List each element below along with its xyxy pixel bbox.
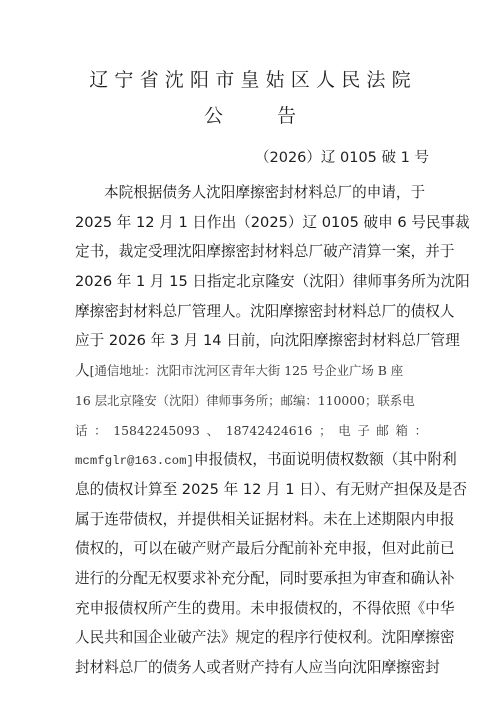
body-line-13: 债权的，可以在破产财产最后分配前补充申报，但对此前已 [75,534,427,564]
body-line-7: 人[通信地址：沈阳市沈河区青年大街 125 号企业广场 B 座 [75,356,427,386]
mailing-address: [通信地址：沈阳市沈河区青年大街 125 号企业广场 B 座 [90,363,404,378]
body-line-16: 人民共和国企业破产法》规定的程序行使权利。沈阳摩擦密 [75,623,427,653]
email-address: mcmfglr@163.com] [75,454,194,468]
notice-heading-char-1: 公 [204,102,223,130]
document-page: 辽宁省沈阳市皇姑区人民法院 公告 （2026）辽 0105 破 1 号 本院根据… [0,0,500,707]
body-line-8: 16 层北京隆安（沈阳）律师事务所；邮编：110000；联系电 [75,386,427,416]
body-line-6: 应于 2026 年 3 月 14 日前，向沈阳摩擦密封材料总厂管理 [75,326,427,356]
body-line-15: 充申报债权所产生的费用。未申报债权的，不得依照《中华 [75,594,427,624]
body-line-10-rest: 申报债权，书面说明债权数额（其中附利 [194,451,457,468]
phone-separator: 、 [207,416,219,446]
phone-number-1: 15842245093 [113,416,200,446]
notice-body: 本院根据债务人沈阳摩擦密封材料总厂的申请，于 2025 年 12 月 1 日作出… [75,178,427,683]
court-name-heading: 辽宁省沈阳市皇姑区人民法院 [0,66,500,94]
email-label-char-4: 箱 [396,416,408,446]
body-line-12: 属于连带债权，并提供相关证据材料。未在上述期限内申报 [75,505,427,535]
phone-end-semicolon: ； [319,416,331,446]
phone-label-1: 话 [75,416,87,446]
body-line-14: 进行的分配无权要求补充分配，同时要承担为审查和确认补 [75,564,427,594]
phone-colon: ： [94,416,106,446]
body-line-5: 摩擦密封材料总厂管理人。沈阳摩擦密封材料总厂的债权人 [75,297,427,327]
body-line-3: 定书，裁定受理沈阳摩擦密封材料总厂破产清算一案，并于 [75,237,427,267]
email-label-char-1: 电 [338,416,350,446]
case-number: （2026）辽 0105 破 1 号 [255,147,429,169]
body-line-1: 本院根据债务人沈阳摩擦密封材料总厂的申请，于 [75,178,427,208]
body-line-10: mcmfglr@163.com]申报债权，书面说明债权数额（其中附利 [75,445,427,475]
body-line-7-lead: 人 [75,362,90,379]
body-line-4: 2026 年 1 月 15 日指定北京隆安（沈阳）律师事务所为沈阳 [75,267,427,297]
email-label-char-3: 邮 [376,416,388,446]
email-label-char-2: 子 [357,416,369,446]
email-label-colon: ： [415,416,427,446]
body-line-11: 息的债权计算至 2025 年 12 月 1 日）、有无财产担保及是否 [75,475,427,505]
contact-phone-line: 话 ： 15842245093 、 18742424616 ； 电 子 邮 箱 … [75,416,427,446]
notice-heading-char-2: 告 [277,102,296,130]
body-line-2: 2025 年 12 月 1 日作出（2025）辽 0105 破申 6 号民事裁 [75,208,427,238]
notice-heading: 公告 [0,102,500,130]
phone-number-2: 18742424616 [226,416,313,446]
body-line-17: 封材料总厂的债务人或者财产持有人应当向沈阳摩擦密封 [75,653,427,683]
